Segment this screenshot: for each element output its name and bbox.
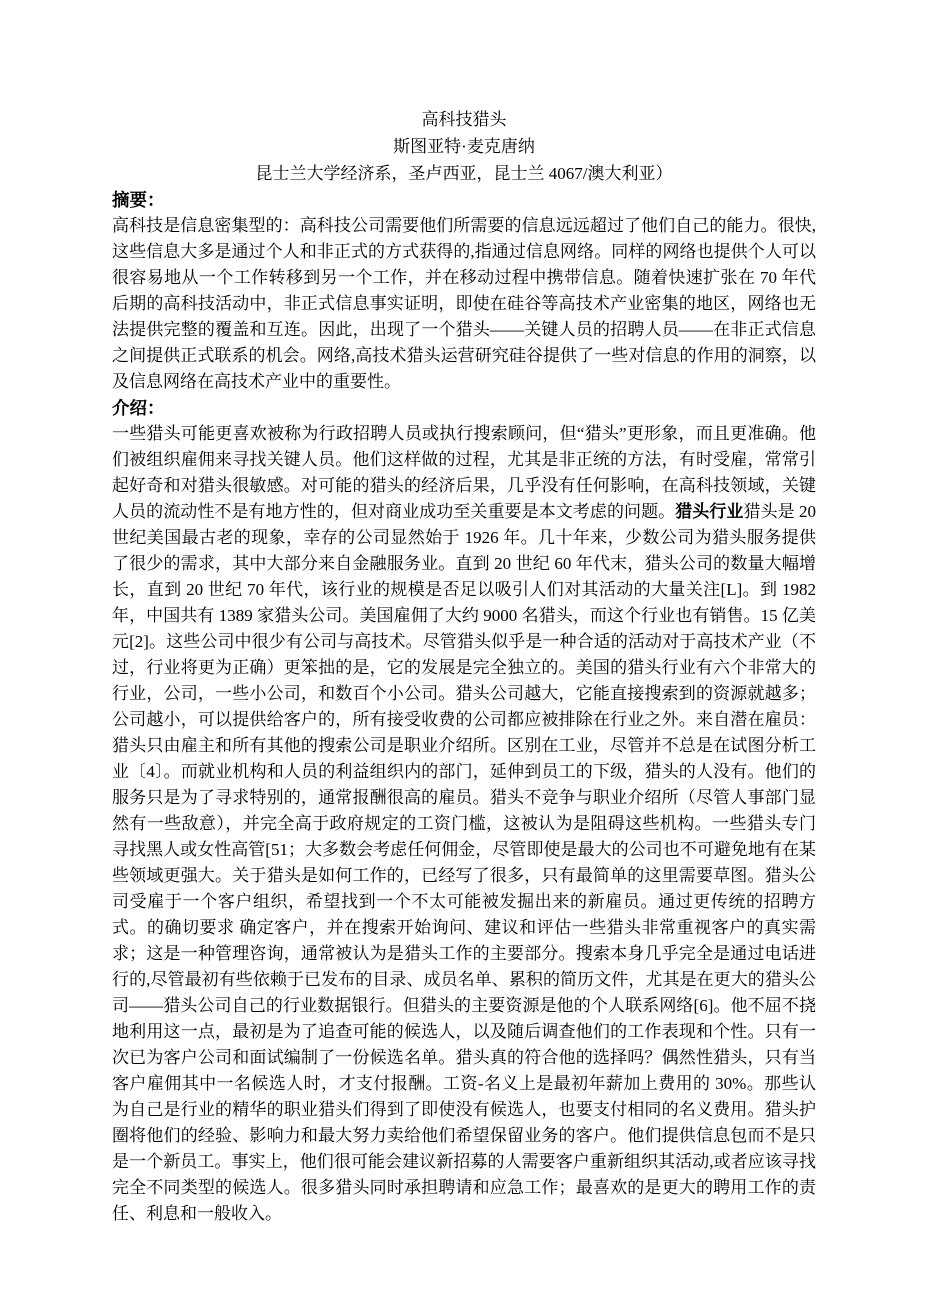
abstract-paragraph: 高科技是信息密集型的：高科技公司需要他们所需要的信息远远超过了他们自己的能力。很… xyxy=(112,213,816,395)
author-line: 斯图亚特·麦克唐纳 xyxy=(112,133,816,160)
introduction-paragraph: 一些猎头可能更喜欢被称为行政招聘人员或执行搜索顾问，但“猎头”更形象，而且更准确… xyxy=(112,421,816,1227)
affiliation-line: 昆士兰大学经济系，圣卢西亚，昆士兰 4067/澳大利亚） xyxy=(112,160,816,187)
inline-section-heading-headhunter-industry: 猎头行业 xyxy=(675,502,743,521)
abstract-heading: 摘要： xyxy=(112,187,816,213)
title-block: 高科技猎头 斯图亚特·麦克唐纳 昆士兰大学经济系，圣卢西亚，昆士兰 4067/澳… xyxy=(112,106,816,187)
page-title: 高科技猎头 xyxy=(112,106,816,133)
introduction-heading: 介绍： xyxy=(112,395,816,421)
document-page: 高科技猎头 斯图亚特·麦克唐纳 昆士兰大学经济系，圣卢西亚，昆士兰 4067/澳… xyxy=(0,0,926,1227)
introduction-text-after-inline-heading: 猎头是 20 世纪美国最古老的现象，幸存的公司显然始于 1926 年。几十年来，… xyxy=(112,502,816,1223)
